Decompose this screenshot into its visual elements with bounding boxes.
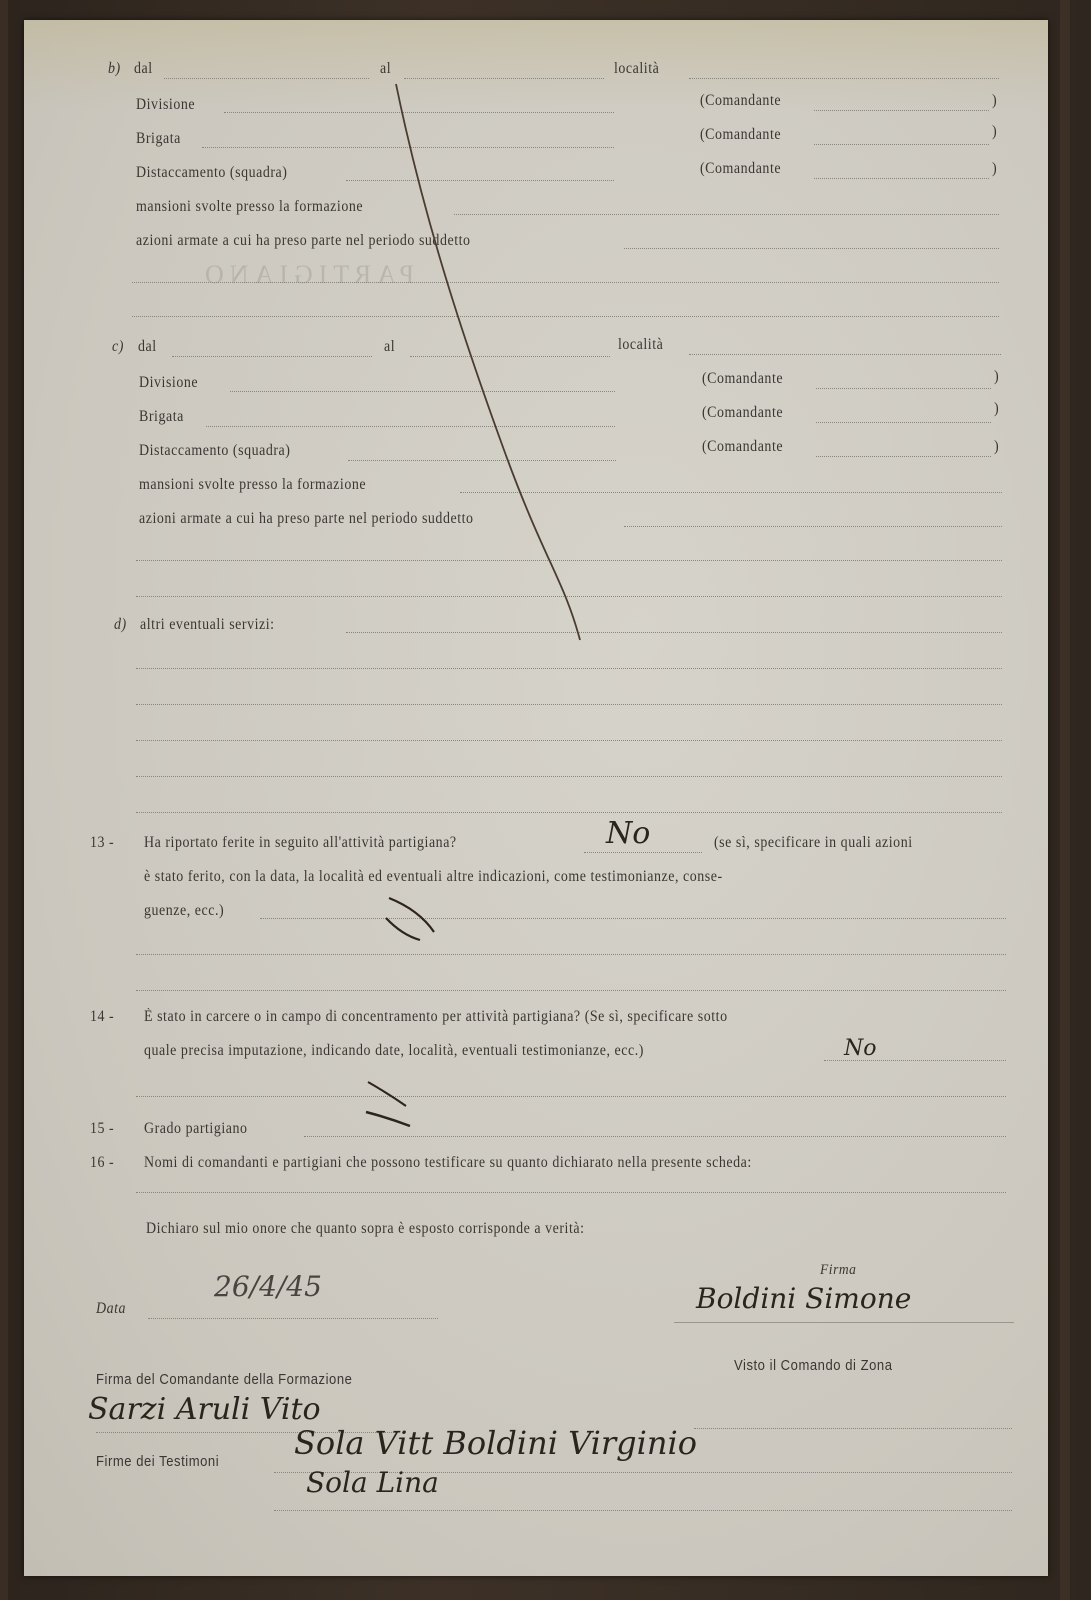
section-b-marker: b)	[108, 60, 121, 78]
q13-details-field-line[interactable]	[136, 990, 1006, 991]
data-value: 26/4/45	[214, 1270, 322, 1303]
altri-servizi-field-line[interactable]	[136, 668, 1002, 669]
azioni-field-line[interactable]	[136, 596, 1002, 597]
altri-servizi-field-line[interactable]	[136, 740, 1002, 741]
dal-field[interactable]	[172, 356, 372, 357]
wood-background	[0, 0, 8, 1600]
mansioni-label: mansioni svolte presso la formazione	[136, 198, 363, 216]
close-paren: )	[994, 438, 999, 456]
q14-question-line2: quale precisa imputazione, indicando dat…	[144, 1042, 644, 1060]
close-paren: )	[992, 92, 997, 110]
comandante-label: (Comandante	[700, 92, 781, 110]
testimoni-names-field-line[interactable]	[136, 1192, 1006, 1193]
dash-mark	[389, 898, 434, 932]
azioni-field-line[interactable]	[132, 316, 999, 317]
comandante-label: (Comandante	[700, 160, 781, 178]
mansioni-label: mansioni svolte presso la formazione	[139, 476, 366, 494]
comandante-label: (Comandante	[700, 126, 781, 144]
comandante-divisione-field[interactable]	[816, 388, 991, 389]
azioni-label: azioni armate a cui ha preso parte nel p…	[139, 510, 474, 528]
form-sheet: PARTIGIANO b) dal al località Divisione …	[24, 20, 1048, 1576]
brigata-field[interactable]	[202, 147, 614, 148]
q13-instruction: (se sì, specificare in quali azioni	[714, 834, 913, 852]
comandante-formazione-label: Firma del Comandante della Formazione	[96, 1372, 352, 1388]
testimoni-label: Firme dei Testimoni	[96, 1454, 219, 1470]
distaccamento-field[interactable]	[348, 460, 616, 461]
divisione-field[interactable]	[224, 112, 614, 113]
visto-comando-label: Visto il Comando di Zona	[734, 1358, 893, 1374]
data-field[interactable]	[148, 1318, 438, 1319]
localita-label: località	[614, 60, 659, 78]
dal-label: dal	[134, 60, 153, 78]
comandante-formazione-signature: Sarzi Aruli Vito	[88, 1392, 321, 1427]
al-label: al	[384, 338, 395, 356]
q14-details-field-line[interactable]	[136, 1096, 1006, 1097]
altri-servizi-label: altri eventuali servizi:	[140, 616, 275, 634]
azioni-field[interactable]	[624, 526, 1002, 527]
comandante-label: (Comandante	[702, 404, 783, 422]
section-d-marker: d)	[114, 616, 127, 634]
grado-partigiano-field[interactable]	[304, 1136, 1006, 1137]
azioni-label: azioni armate a cui ha preso parte nel p…	[136, 232, 471, 250]
q15-number: 15 -	[90, 1120, 114, 1138]
diagonal-cancel-line	[396, 84, 580, 640]
comandante-distaccamento-field[interactable]	[814, 178, 989, 179]
cancel-strokes	[24, 20, 1048, 1576]
firma-field[interactable]	[674, 1322, 1014, 1323]
altri-servizi-field-line[interactable]	[136, 776, 1002, 777]
stamp-bleedthrough: PARTIGIANO	[199, 260, 414, 290]
dash-mark	[386, 918, 420, 940]
q13-instruction-line3: guenze, ecc.)	[144, 902, 224, 920]
localita-field[interactable]	[689, 354, 1001, 355]
distaccamento-label: Distaccamento (squadra)	[139, 442, 290, 460]
brigata-label: Brigata	[136, 130, 181, 148]
mansioni-field[interactable]	[454, 214, 999, 215]
close-paren: )	[994, 400, 999, 418]
q13-details-field[interactable]	[260, 918, 1006, 919]
altri-servizi-field-line[interactable]	[136, 704, 1002, 705]
wood-background	[1060, 0, 1070, 1600]
dal-field[interactable]	[164, 78, 369, 79]
q14-question: È stato in carcere o in campo di concent…	[144, 1008, 728, 1026]
testimone-signature-1: Sola Vitt Boldini Virginio	[294, 1424, 697, 1462]
altri-servizi-field[interactable]	[346, 632, 1002, 633]
dash-mark	[368, 1082, 406, 1106]
comandante-label: (Comandante	[702, 438, 783, 456]
data-label: Data	[96, 1300, 126, 1318]
dal-label: dal	[138, 338, 157, 356]
comandante-brigata-field[interactable]	[816, 422, 991, 423]
divisione-label: Divisione	[136, 96, 195, 114]
al-label: al	[380, 60, 391, 78]
brigata-label: Brigata	[139, 408, 184, 426]
comandante-distaccamento-field[interactable]	[816, 456, 991, 457]
q13-question: Ha riportato ferite in seguito all'attiv…	[144, 834, 457, 852]
al-field[interactable]	[404, 78, 604, 79]
divisione-label: Divisione	[139, 374, 198, 392]
visto-comando-field[interactable]	[694, 1428, 1012, 1429]
q16-label: Nomi di comandanti e partigiani che poss…	[144, 1154, 752, 1172]
q13-answer-field[interactable]	[584, 852, 702, 853]
close-paren: )	[994, 368, 999, 386]
distaccamento-label: Distaccamento (squadra)	[136, 164, 287, 182]
close-paren: )	[992, 160, 997, 178]
mansioni-field[interactable]	[460, 492, 1002, 493]
q14-answer: No	[844, 1036, 877, 1061]
dash-mark	[366, 1112, 410, 1126]
q13-details-field-line[interactable]	[136, 954, 1006, 955]
section-c-marker: c)	[112, 338, 124, 356]
q15-label: Grado partigiano	[144, 1120, 248, 1138]
azioni-field[interactable]	[624, 248, 999, 249]
q13-answer: No	[606, 816, 650, 851]
comandante-label: (Comandante	[702, 370, 783, 388]
firma-signature: Boldini Simone	[696, 1282, 911, 1315]
azioni-field-line[interactable]	[136, 560, 1002, 561]
comandante-brigata-field[interactable]	[814, 144, 989, 145]
localita-field[interactable]	[689, 78, 999, 79]
azioni-field-line[interactable]	[132, 282, 999, 283]
q13-number: 13 -	[90, 834, 114, 852]
q14-number: 14 -	[90, 1008, 114, 1026]
declaration-text: Dichiaro sul mio onore che quanto sopra …	[146, 1220, 585, 1238]
al-field[interactable]	[410, 356, 610, 357]
distaccamento-field[interactable]	[346, 180, 614, 181]
q13-instruction-line2: è stato ferito, con la data, la località…	[144, 868, 723, 886]
altri-servizi-field-line[interactable]	[136, 812, 1002, 813]
localita-label: località	[618, 336, 663, 354]
testimone-signature-2: Sola Lina	[306, 1466, 439, 1499]
firma-label: Firma	[820, 1262, 856, 1279]
comandante-divisione-field[interactable]	[814, 110, 989, 111]
close-paren: )	[992, 123, 997, 141]
testimoni-field-line[interactable]	[274, 1510, 1012, 1511]
divisione-field[interactable]	[230, 391, 615, 392]
q16-number: 16 -	[90, 1154, 114, 1172]
brigata-field[interactable]	[206, 426, 615, 427]
